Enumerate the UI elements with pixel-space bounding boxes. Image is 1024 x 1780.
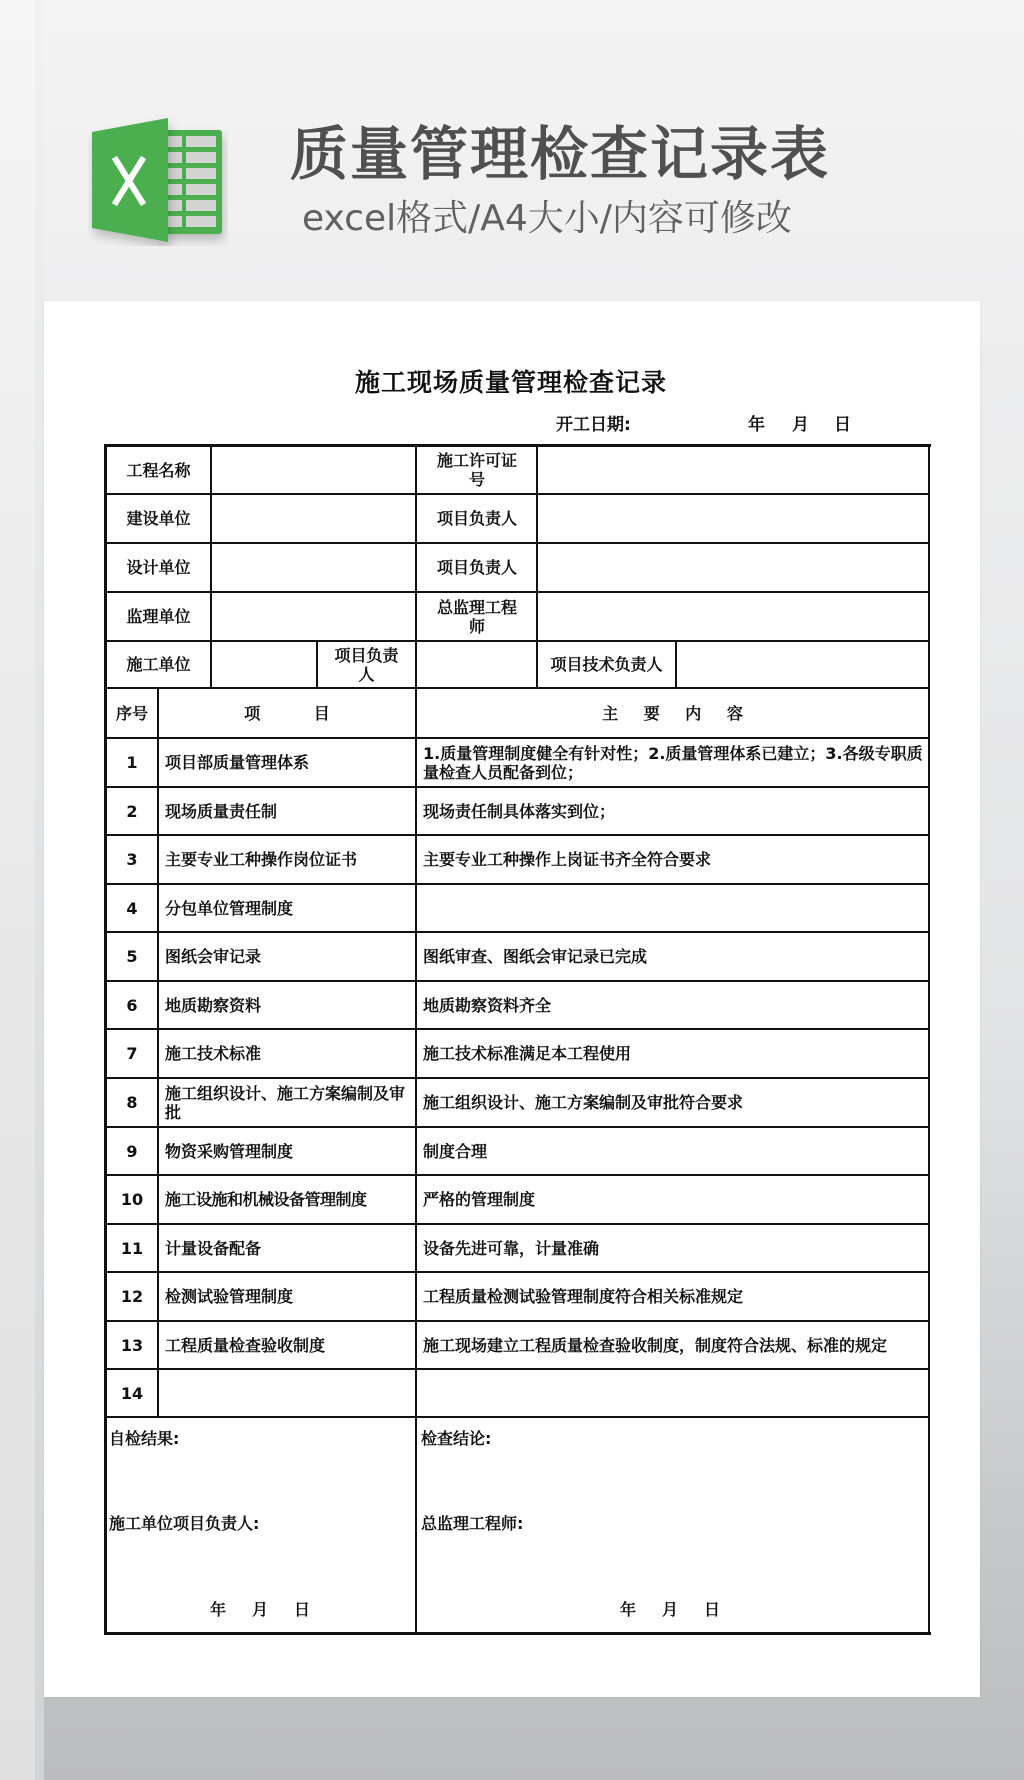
- divider: [415, 444, 417, 641]
- info-label: 施工许可证号: [418, 447, 536, 493]
- row-content[interactable]: [417, 1370, 928, 1416]
- row-number: 8: [107, 1079, 157, 1126]
- row-number: 10: [107, 1176, 157, 1223]
- row-number: 7: [107, 1030, 157, 1077]
- hero-title: 质量管理检查记录表: [290, 118, 830, 190]
- row-number: 1: [107, 739, 157, 786]
- row-content[interactable]: 工程质量检测试验管理制度符合相关标准规定: [417, 1273, 928, 1320]
- row-content[interactable]: 制度合理: [417, 1128, 928, 1174]
- info-label: 建设单位: [107, 495, 210, 542]
- chief-supervisor-signature-label: 总监理工程师:: [421, 1513, 523, 1535]
- technical-manager-field[interactable]: [677, 642, 928, 687]
- table-border-bottom: [104, 1632, 931, 1635]
- row-item: 分包单位管理制度: [159, 885, 415, 931]
- row-item: 项目部质量管理体系: [159, 739, 415, 786]
- row-content[interactable]: 图纸审查、图纸会审记录已完成: [417, 933, 928, 980]
- row-content[interactable]: 施工组织设计、施工方案编制及审批符合要求: [417, 1079, 928, 1126]
- date-month: 月: [792, 413, 809, 437]
- row-number: 5: [107, 933, 157, 980]
- column-header-no: 序号: [107, 689, 157, 737]
- row-item: 检测试验管理制度: [159, 1273, 415, 1320]
- background-left-strip: [0, 0, 35, 1780]
- row-content[interactable]: 主要专业工种操作上岗证书齐全符合要求: [417, 836, 928, 883]
- inspection-conclusion-label: 检查结论:: [421, 1428, 491, 1450]
- right-date-year: 年: [620, 1599, 636, 1621]
- row-item: 地质勘察资料: [159, 982, 415, 1028]
- excel-icon: [88, 114, 228, 246]
- background-edge: [35, 0, 44, 1780]
- info-label: 项目负责人: [418, 544, 536, 591]
- client-manager-field[interactable]: [538, 495, 928, 542]
- row-item: 现场质量责任制: [159, 788, 415, 834]
- row-item: 施工技术标准: [159, 1030, 415, 1077]
- row-item: 物资采购管理制度: [159, 1128, 415, 1174]
- construction-unit-field[interactable]: [212, 642, 316, 687]
- info-label: 总监理工程师: [418, 593, 536, 640]
- table-border-right: [928, 444, 930, 1635]
- left-date-year: 年: [210, 1599, 226, 1621]
- client-unit-field[interactable]: [212, 495, 415, 542]
- row-number: 3: [107, 836, 157, 883]
- row-content[interactable]: 1.质量管理制度健全有针对性；2.质量管理体系已建立；3.各级专职质量检查人员配…: [417, 739, 928, 786]
- info-label: 项目负责人: [318, 642, 415, 687]
- row-content[interactable]: 严格的管理制度: [417, 1176, 928, 1223]
- start-date-label: 开工日期:: [556, 413, 631, 437]
- row-item: 计量设备配备: [159, 1225, 415, 1271]
- permit-number-field[interactable]: [538, 447, 928, 493]
- date-day: 日: [834, 413, 851, 437]
- row-number: 12: [107, 1273, 157, 1320]
- row-content[interactable]: 施工技术标准满足本工程使用: [417, 1030, 928, 1077]
- date-year: 年: [748, 413, 765, 437]
- right-date-day: 日: [704, 1599, 720, 1621]
- row-content[interactable]: [417, 885, 928, 931]
- row-content[interactable]: 地质勘察资料齐全: [417, 982, 928, 1028]
- self-check-result-label: 自检结果:: [109, 1428, 179, 1450]
- row-item: 施工组织设计、施工方案编制及审批: [159, 1079, 415, 1126]
- row-number: 4: [107, 885, 157, 931]
- construction-manager-signature-label: 施工单位项目负责人:: [109, 1513, 259, 1535]
- info-label: 项目负责人: [418, 495, 536, 542]
- row-number: 6: [107, 982, 157, 1028]
- info-label: 施工单位: [107, 642, 210, 687]
- row-content[interactable]: 现场责任制具体落实到位；: [417, 788, 928, 834]
- left-date-month: 月: [252, 1599, 268, 1621]
- design-unit-field[interactable]: [212, 544, 415, 591]
- left-date-day: 日: [294, 1599, 310, 1621]
- row-item: 主要专业工种操作岗位证书: [159, 836, 415, 883]
- column-header-content: 主 要 内 容: [417, 689, 928, 737]
- row-item[interactable]: [159, 1370, 415, 1416]
- row-number: 9: [107, 1128, 157, 1174]
- row-item: 图纸会审记录: [159, 933, 415, 980]
- design-manager-field[interactable]: [538, 544, 928, 591]
- row-item: 工程质量检查验收制度: [159, 1322, 415, 1368]
- row-number: 14: [107, 1370, 157, 1416]
- hero-subtitle: excel格式/A4大小/内容可修改: [302, 196, 792, 242]
- construction-manager-field[interactable]: [417, 642, 536, 687]
- row-number: 2: [107, 788, 157, 834]
- info-label: 工程名称: [107, 447, 210, 493]
- document-title: 施工现场质量管理检查记录: [44, 365, 980, 401]
- column-header-item: 项 目: [159, 689, 415, 737]
- chief-supervisor-field[interactable]: [538, 593, 928, 640]
- info-label: 设计单位: [107, 544, 210, 591]
- row-content[interactable]: 施工现场建立工程质量检查验收制度，制度符合法规、标准的规定: [417, 1322, 928, 1368]
- info-label: 监理单位: [107, 593, 210, 640]
- row-number: 13: [107, 1322, 157, 1368]
- right-date-month: 月: [662, 1599, 678, 1621]
- project-name-field[interactable]: [212, 447, 415, 493]
- supervision-unit-field[interactable]: [212, 593, 415, 640]
- row-content[interactable]: 设备先进可靠，计量准确: [417, 1225, 928, 1271]
- info-label: 项目技术负责人: [538, 642, 675, 687]
- row-number: 11: [107, 1225, 157, 1271]
- row-item: 施工设施和机械设备管理制度: [159, 1176, 415, 1223]
